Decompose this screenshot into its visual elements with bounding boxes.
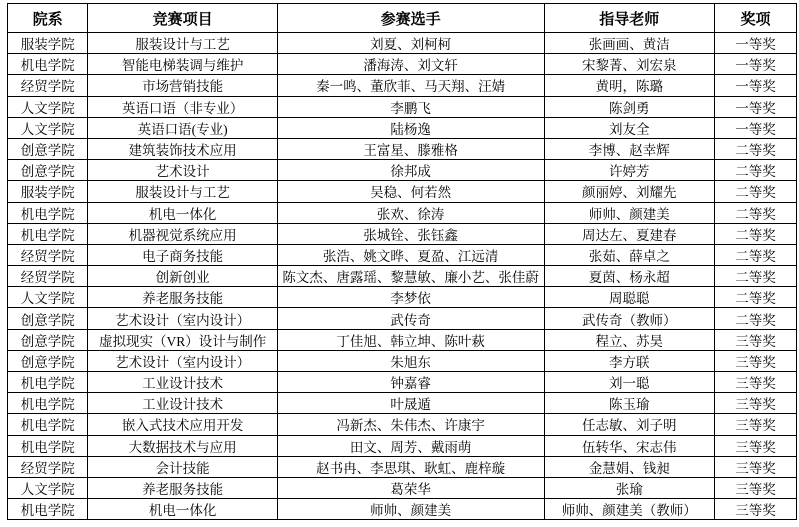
table-row: 机电学院大数据技术与应用田文、周芳、戴雨萌伍转华、宋志伟三等奖 bbox=[8, 435, 797, 456]
cell-teachers: 师帅、颜建美（教师） bbox=[544, 499, 714, 520]
cell-department: 创意学院 bbox=[8, 350, 88, 371]
cell-department: 机电学院 bbox=[8, 393, 88, 414]
cell-project: 虚拟现实（VR）设计与制作 bbox=[88, 329, 277, 350]
cell-department: 机电学院 bbox=[8, 54, 88, 75]
cell-department: 机电学院 bbox=[8, 414, 88, 435]
table-row: 经贸学院创新创业陈文杰、唐露瑶、黎慧敏、廉小艺、张佳蔚夏茵、杨永超二等奖 bbox=[8, 266, 797, 287]
cell-department: 创意学院 bbox=[8, 160, 88, 181]
table-row: 创意学院艺术设计（室内设计）朱旭东李方联三等奖 bbox=[8, 350, 797, 371]
table-row: 人文学院英语口语（非专业）李鹏飞陈剑勇一等奖 bbox=[8, 96, 797, 117]
cell-award: 二等奖 bbox=[714, 138, 796, 159]
table-header-row: 院系 竞赛项目 参赛选手 指导老师 奖项 bbox=[8, 4, 797, 33]
cell-teachers: 金慧娟、钱昶 bbox=[544, 456, 714, 477]
cell-award: 三等奖 bbox=[714, 350, 796, 371]
table-row: 创意学院虚拟现实（VR）设计与制作丁佳旭、韩立坤、陈叶萩程立、苏昊三等奖 bbox=[8, 329, 797, 350]
table-row: 创意学院建筑装饰技术应用王富星、滕雅格李博、赵幸辉二等奖 bbox=[8, 138, 797, 159]
cell-contestants: 师帅、颜建美 bbox=[277, 499, 544, 520]
cell-project: 艺术设计 bbox=[88, 160, 277, 181]
cell-award: 三等奖 bbox=[714, 329, 796, 350]
cell-award: 二等奖 bbox=[714, 308, 796, 329]
table-body: 服装学院服装设计与工艺刘夏、刘柯柯张画画、黄洁一等奖机电学院智能电梯装调与维护潘… bbox=[8, 33, 797, 520]
cell-contestants: 潘海涛、刘文轩 bbox=[277, 54, 544, 75]
cell-award: 一等奖 bbox=[714, 117, 796, 138]
table-row: 人文学院养老服务技能李梦依周聪聪二等奖 bbox=[8, 287, 797, 308]
cell-department: 经贸学院 bbox=[8, 75, 88, 96]
cell-teachers: 任志敏、刘子明 bbox=[544, 414, 714, 435]
cell-department: 创意学院 bbox=[8, 308, 88, 329]
cell-award: 三等奖 bbox=[714, 435, 796, 456]
cell-award: 二等奖 bbox=[714, 287, 796, 308]
cell-contestants: 田文、周芳、戴雨萌 bbox=[277, 435, 544, 456]
cell-department: 人文学院 bbox=[8, 96, 88, 117]
table-row: 服装学院服装设计与工艺吴稳、何若然颜丽婷、刘耀先二等奖 bbox=[8, 181, 797, 202]
cell-award: 二等奖 bbox=[714, 244, 796, 265]
cell-department: 人文学院 bbox=[8, 287, 88, 308]
table-row: 经贸学院市场营销技能秦一鸣、董欣菲、马天翔、汪婧黄明，陈璐一等奖 bbox=[8, 75, 797, 96]
cell-project: 工业设计技术 bbox=[88, 372, 277, 393]
cell-award: 二等奖 bbox=[714, 160, 796, 181]
cell-award: 一等奖 bbox=[714, 96, 796, 117]
table-row: 机电学院机电一体化师帅、颜建美师帅、颜建美（教师）三等奖 bbox=[8, 499, 797, 520]
table-row: 人文学院英语口语(专业)陆杨逸刘友全一等奖 bbox=[8, 117, 797, 138]
table-row: 创意学院艺术设计徐邦成许婷芳二等奖 bbox=[8, 160, 797, 181]
cell-contestants: 徐邦成 bbox=[277, 160, 544, 181]
cell-project: 艺术设计（室内设计） bbox=[88, 350, 277, 371]
cell-project: 艺术设计（室内设计） bbox=[88, 308, 277, 329]
cell-project: 市场营销技能 bbox=[88, 75, 277, 96]
cell-department: 经贸学院 bbox=[8, 456, 88, 477]
cell-contestants: 王富星、滕雅格 bbox=[277, 138, 544, 159]
cell-award: 二等奖 bbox=[714, 181, 796, 202]
cell-project: 大数据技术与应用 bbox=[88, 435, 277, 456]
cell-contestants: 吴稳、何若然 bbox=[277, 181, 544, 202]
cell-award: 一等奖 bbox=[714, 33, 796, 54]
cell-project: 英语口语(专业) bbox=[88, 117, 277, 138]
cell-teachers: 师帅、颜建美 bbox=[544, 202, 714, 223]
table-row: 经贸学院会计技能赵书冉、李思琪、耿虹、鹿梓璇金慧娟、钱昶三等奖 bbox=[8, 456, 797, 477]
cell-department: 服装学院 bbox=[8, 181, 88, 202]
table-row: 机电学院工业设计技术叶晟遁陈玉瑜三等奖 bbox=[8, 393, 797, 414]
cell-award: 三等奖 bbox=[714, 456, 796, 477]
cell-contestants: 陆杨逸 bbox=[277, 117, 544, 138]
cell-contestants: 张欢、徐涛 bbox=[277, 202, 544, 223]
cell-department: 机电学院 bbox=[8, 202, 88, 223]
cell-teachers: 周达左、夏建春 bbox=[544, 223, 714, 244]
cell-teachers: 许婷芳 bbox=[544, 160, 714, 181]
table-row: 人文学院养老服务技能葛荣华张瑜三等奖 bbox=[8, 477, 797, 498]
cell-project: 养老服务技能 bbox=[88, 287, 277, 308]
table-row: 机电学院工业设计技术钟嘉睿刘一聪三等奖 bbox=[8, 372, 797, 393]
cell-award: 三等奖 bbox=[714, 477, 796, 498]
cell-teachers: 陈玉瑜 bbox=[544, 393, 714, 414]
cell-contestants: 秦一鸣、董欣菲、马天翔、汪婧 bbox=[277, 75, 544, 96]
cell-teachers: 李博、赵幸辉 bbox=[544, 138, 714, 159]
header-department: 院系 bbox=[8, 4, 88, 33]
cell-contestants: 朱旭东 bbox=[277, 350, 544, 371]
cell-contestants: 丁佳旭、韩立坤、陈叶萩 bbox=[277, 329, 544, 350]
cell-teachers: 程立、苏昊 bbox=[544, 329, 714, 350]
cell-contestants: 刘夏、刘柯柯 bbox=[277, 33, 544, 54]
cell-teachers: 黄明，陈璐 bbox=[544, 75, 714, 96]
cell-project: 创新创业 bbox=[88, 266, 277, 287]
cell-project: 会计技能 bbox=[88, 456, 277, 477]
cell-award: 二等奖 bbox=[714, 266, 796, 287]
cell-contestants: 钟嘉睿 bbox=[277, 372, 544, 393]
cell-teachers: 刘友全 bbox=[544, 117, 714, 138]
cell-teachers: 颜丽婷、刘耀先 bbox=[544, 181, 714, 202]
cell-project: 服装设计与工艺 bbox=[88, 33, 277, 54]
cell-award: 一等奖 bbox=[714, 75, 796, 96]
cell-department: 机电学院 bbox=[8, 372, 88, 393]
cell-department: 机电学院 bbox=[8, 223, 88, 244]
header-project: 竞赛项目 bbox=[88, 4, 277, 33]
cell-teachers: 宋黎菁、刘宏泉 bbox=[544, 54, 714, 75]
cell-teachers: 刘一聪 bbox=[544, 372, 714, 393]
cell-project: 机电一体化 bbox=[88, 499, 277, 520]
cell-teachers: 周聪聪 bbox=[544, 287, 714, 308]
cell-teachers: 武传奇（教师） bbox=[544, 308, 714, 329]
cell-award: 三等奖 bbox=[714, 372, 796, 393]
cell-contestants: 叶晟遁 bbox=[277, 393, 544, 414]
header-contestants: 参赛选手 bbox=[277, 4, 544, 33]
cell-teachers: 陈剑勇 bbox=[544, 96, 714, 117]
cell-contestants: 冯新杰、朱伟杰、许康宇 bbox=[277, 414, 544, 435]
cell-award: 二等奖 bbox=[714, 202, 796, 223]
cell-department: 人文学院 bbox=[8, 117, 88, 138]
cell-award: 二等奖 bbox=[714, 223, 796, 244]
cell-project: 机器视觉系统应用 bbox=[88, 223, 277, 244]
cell-department: 服装学院 bbox=[8, 33, 88, 54]
cell-contestants: 葛荣华 bbox=[277, 477, 544, 498]
cell-project: 英语口语（非专业） bbox=[88, 96, 277, 117]
cell-project: 电子商务技能 bbox=[88, 244, 277, 265]
cell-teachers: 张瑜 bbox=[544, 477, 714, 498]
header-teachers: 指导老师 bbox=[544, 4, 714, 33]
cell-department: 机电学院 bbox=[8, 435, 88, 456]
cell-contestants: 张城铨、张钰鑫 bbox=[277, 223, 544, 244]
cell-project: 机电一体化 bbox=[88, 202, 277, 223]
table-row: 服装学院服装设计与工艺刘夏、刘柯柯张画画、黄洁一等奖 bbox=[8, 33, 797, 54]
cell-department: 经贸学院 bbox=[8, 244, 88, 265]
table-row: 机电学院嵌入式技术应用开发冯新杰、朱伟杰、许康宇任志敏、刘子明三等奖 bbox=[8, 414, 797, 435]
cell-contestants: 张浩、姚文晔、夏盈、江远清 bbox=[277, 244, 544, 265]
cell-department: 人文学院 bbox=[8, 477, 88, 498]
cell-award: 三等奖 bbox=[714, 499, 796, 520]
cell-project: 嵌入式技术应用开发 bbox=[88, 414, 277, 435]
table-row: 机电学院机器视觉系统应用张城铨、张钰鑫周达左、夏建春二等奖 bbox=[8, 223, 797, 244]
cell-project: 养老服务技能 bbox=[88, 477, 277, 498]
cell-contestants: 李鹏飞 bbox=[277, 96, 544, 117]
table-row: 创意学院艺术设计（室内设计）武传奇武传奇（教师）二等奖 bbox=[8, 308, 797, 329]
table-row: 机电学院机电一体化张欢、徐涛师帅、颜建美二等奖 bbox=[8, 202, 797, 223]
cell-contestants: 陈文杰、唐露瑶、黎慧敏、廉小艺、张佳蔚 bbox=[277, 266, 544, 287]
cell-teachers: 张画画、黄洁 bbox=[544, 33, 714, 54]
competition-awards-table: 院系 竞赛项目 参赛选手 指导老师 奖项 服装学院服装设计与工艺刘夏、刘柯柯张画… bbox=[7, 3, 797, 520]
cell-project: 智能电梯装调与维护 bbox=[88, 54, 277, 75]
cell-award: 三等奖 bbox=[714, 414, 796, 435]
cell-teachers: 李方联 bbox=[544, 350, 714, 371]
header-award: 奖项 bbox=[714, 4, 796, 33]
cell-teachers: 伍转华、宋志伟 bbox=[544, 435, 714, 456]
cell-teachers: 夏茵、杨永超 bbox=[544, 266, 714, 287]
cell-award: 一等奖 bbox=[714, 54, 796, 75]
cell-department: 经贸学院 bbox=[8, 266, 88, 287]
cell-department: 创意学院 bbox=[8, 329, 88, 350]
cell-award: 三等奖 bbox=[714, 393, 796, 414]
cell-teachers: 张茹、薛卓之 bbox=[544, 244, 714, 265]
cell-project: 工业设计技术 bbox=[88, 393, 277, 414]
cell-contestants: 赵书冉、李思琪、耿虹、鹿梓璇 bbox=[277, 456, 544, 477]
cell-contestants: 武传奇 bbox=[277, 308, 544, 329]
cell-department: 创意学院 bbox=[8, 138, 88, 159]
cell-project: 建筑装饰技术应用 bbox=[88, 138, 277, 159]
table-row: 经贸学院电子商务技能张浩、姚文晔、夏盈、江远清张茹、薛卓之二等奖 bbox=[8, 244, 797, 265]
cell-project: 服装设计与工艺 bbox=[88, 181, 277, 202]
cell-contestants: 李梦依 bbox=[277, 287, 544, 308]
table-row: 机电学院智能电梯装调与维护潘海涛、刘文轩宋黎菁、刘宏泉一等奖 bbox=[8, 54, 797, 75]
cell-department: 机电学院 bbox=[8, 499, 88, 520]
